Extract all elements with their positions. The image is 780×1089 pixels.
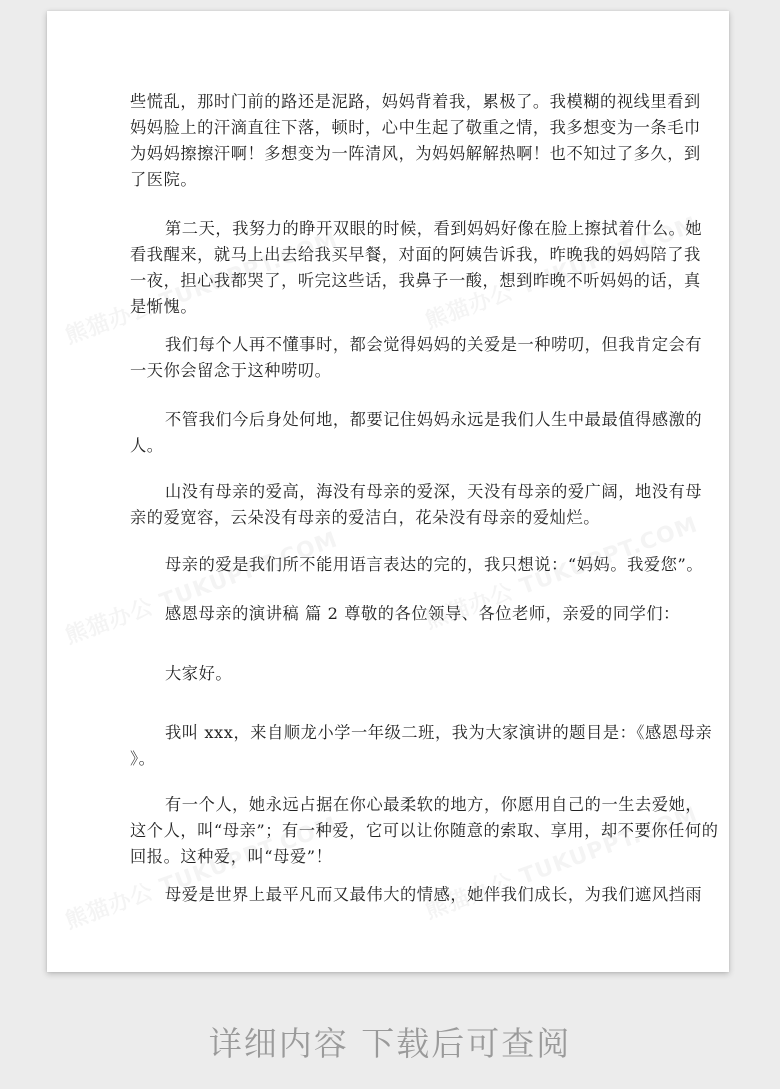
text-line: 有一个人，她永远占据在你心最柔软的地方，你愿用自己的一生去爱她， — [165, 792, 647, 818]
text-line: 为妈妈擦擦汗啊！多想变为一阵清风，为妈妈解解热啊！也不知过了多久，到 — [130, 141, 647, 167]
text-line: 大家好。 — [165, 661, 647, 687]
document-page: 熊猫办公 TUKUPPT.COM 熊猫办公 TUKUPPT.COM 熊猫办公 T… — [47, 11, 729, 972]
text-line: 不管我们今后身处何地，都要记住妈妈永远是我们人生中最最值得感激的 — [165, 407, 647, 433]
text-line: 母爱是世界上最平凡而又最伟大的情感，她伴我们成长，为我们遮风挡雨 — [165, 882, 647, 908]
text-line: 第二天，我努力的睁开双眼的时候，看到妈妈好像在脸上擦拭着什么。她 — [165, 216, 647, 242]
text-line: 了医院。 — [130, 167, 647, 193]
text-line: 是惭愧。 — [130, 294, 647, 320]
text-line: 山没有母亲的爱高，海没有母亲的爱深，天没有母亲的爱广阔，地没有母 — [165, 479, 647, 505]
text-line: 我们每个人再不懂事时，都会觉得妈妈的关爱是一种唠叨，但我肯定会有 — [165, 332, 647, 358]
text-line: 看我醒来，就马上出去给我买早餐，对面的阿姨告诉我，昨晚我的妈妈陪了我 — [130, 242, 647, 268]
text-line: 妈妈脸上的汗滴直往下落，顿时，心中生起了敬重之情，我多想变为一条毛巾 — [130, 115, 647, 141]
text-line: 人。 — [130, 433, 647, 459]
download-notice: 详细内容 下载后可查阅 — [0, 1018, 780, 1065]
text-line: 感恩母亲的演讲稿 篇 2 尊敬的各位领导、各位老师，亲爱的同学们： — [165, 601, 647, 627]
text-line: 这个人，叫“母亲”；有一种爱，它可以让你随意的索取、享用，却不要你任何的 — [130, 818, 647, 844]
watermark: 熊猫办公 TUKUPPT.COM — [60, 523, 341, 651]
text-line: 母亲的爱是我们所不能用语言表达的完的，我只想说：“妈妈。我爱您”。 — [165, 552, 647, 578]
text-line: 我叫 xxx，来自顺龙小学一年级二班，我为大家演讲的题目是：《感恩母亲 — [165, 720, 647, 746]
text-line: 一天你会留念于这种唠叨。 — [130, 358, 647, 384]
text-line: 回报。这种爱，叫“母爱”！ — [130, 844, 647, 870]
text-line: 》。 — [130, 746, 647, 772]
text-line: 一夜，担心我都哭了，听完这些话，我鼻子一酸，想到昨晚不听妈妈的话，真 — [130, 268, 647, 294]
text-line: 亲的爱宽容，云朵没有母亲的爱洁白，花朵没有母亲的爱灿烂。 — [130, 505, 647, 531]
text-line: 些慌乱，那时门前的路还是泥路，妈妈背着我，累极了。我模糊的视线里看到 — [130, 89, 647, 115]
